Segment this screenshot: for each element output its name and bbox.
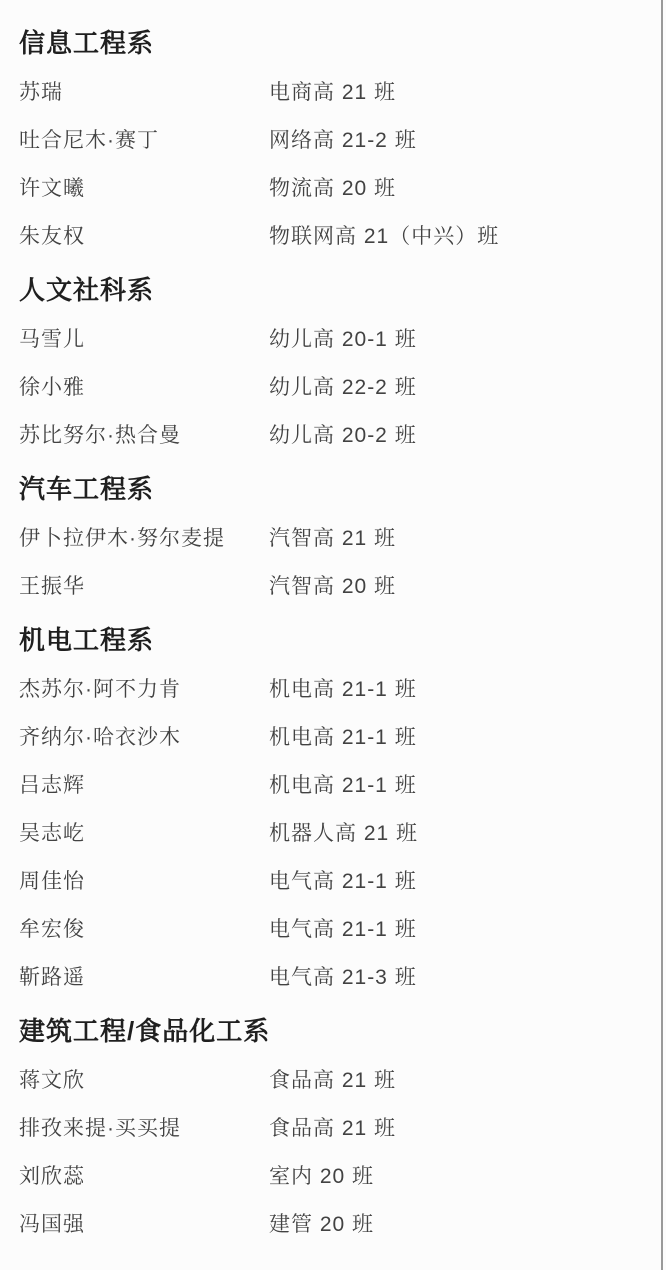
student-name: 马雪儿 bbox=[19, 329, 269, 350]
class-name: 幼儿高 20-2 班 bbox=[269, 425, 643, 446]
class-name: 电气高 21-3 班 bbox=[269, 967, 643, 988]
roster-row: 王振华 汽智高 20 班 bbox=[19, 576, 643, 597]
class-name: 机电高 21-1 班 bbox=[269, 775, 643, 796]
class-name: 机电高 21-1 班 bbox=[269, 679, 643, 700]
student-name: 蒋文欣 bbox=[19, 1070, 269, 1091]
roster-row: 牟宏俊 电气高 21-1 班 bbox=[19, 919, 643, 940]
roster-row: 刘欣蕊 室内 20 班 bbox=[19, 1166, 643, 1187]
student-name: 牟宏俊 bbox=[19, 919, 269, 940]
roster-row: 吕志辉 机电高 21-1 班 bbox=[19, 775, 643, 796]
roster-row: 朱友权 物联网高 21（中兴）班 bbox=[19, 226, 643, 247]
class-name: 物联网高 21（中兴）班 bbox=[269, 226, 643, 247]
student-name: 王振华 bbox=[19, 576, 269, 597]
student-name: 许文曦 bbox=[19, 178, 269, 199]
roster-row: 蒋文欣 食品高 21 班 bbox=[19, 1070, 643, 1091]
student-name: 朱友权 bbox=[19, 226, 269, 247]
roster-row: 苏瑞 电商高 21 班 bbox=[19, 82, 643, 103]
roster-row: 排孜来提·买买提 食品高 21 班 bbox=[19, 1118, 643, 1139]
roster-row: 伊卜拉伊木·努尔麦提 汽智高 21 班 bbox=[19, 528, 643, 549]
student-name: 刘欣蕊 bbox=[19, 1166, 269, 1187]
student-name: 苏比努尔·热合曼 bbox=[19, 425, 269, 446]
student-name: 伊卜拉伊木·努尔麦提 bbox=[19, 528, 269, 549]
roster-row: 许文曦 物流高 20 班 bbox=[19, 178, 643, 199]
roster-row: 马雪儿 幼儿高 20-1 班 bbox=[19, 329, 643, 350]
student-name: 周佳怡 bbox=[19, 871, 269, 892]
class-name: 电商高 21 班 bbox=[269, 82, 643, 103]
class-name: 室内 20 班 bbox=[269, 1166, 643, 1187]
roster-row: 吐合尼木·赛丁 网络高 21-2 班 bbox=[19, 130, 643, 151]
department-header-1: 人文社科系 bbox=[19, 277, 643, 303]
class-name: 物流高 20 班 bbox=[269, 178, 643, 199]
sections-container: 信息工程系 苏瑞 电商高 21 班 吐合尼木·赛丁 网络高 21-2 班 许文曦… bbox=[19, 30, 643, 1235]
roster-row: 靳路遥 电气高 21-3 班 bbox=[19, 967, 643, 988]
class-name: 电气高 21-1 班 bbox=[269, 919, 643, 940]
roster-row: 苏比努尔·热合曼 幼儿高 20-2 班 bbox=[19, 425, 643, 446]
class-name: 幼儿高 22-2 班 bbox=[269, 377, 643, 398]
roster-row: 冯国强 建管 20 班 bbox=[19, 1214, 643, 1235]
student-name: 齐纳尔·哈衣沙木 bbox=[19, 727, 269, 748]
class-name: 汽智高 21 班 bbox=[269, 528, 643, 549]
class-name: 汽智高 20 班 bbox=[269, 576, 643, 597]
student-name: 排孜来提·买买提 bbox=[19, 1118, 269, 1139]
roster-row: 齐纳尔·哈衣沙木 机电高 21-1 班 bbox=[19, 727, 643, 748]
roster-page: 信息工程系 苏瑞 电商高 21 班 吐合尼木·赛丁 网络高 21-2 班 许文曦… bbox=[0, 0, 643, 1270]
student-name: 苏瑞 bbox=[19, 82, 269, 103]
department-header-0: 信息工程系 bbox=[19, 30, 643, 56]
class-name: 食品高 21 班 bbox=[269, 1118, 643, 1139]
department-header-3: 机电工程系 bbox=[19, 627, 643, 653]
class-name: 食品高 21 班 bbox=[269, 1070, 643, 1091]
roster-row: 杰苏尔·阿不力肯 机电高 21-1 班 bbox=[19, 679, 643, 700]
roster-row: 周佳怡 电气高 21-1 班 bbox=[19, 871, 643, 892]
roster-row: 吴志屹 机器人高 21 班 bbox=[19, 823, 643, 844]
roster-row: 徐小雅 幼儿高 22-2 班 bbox=[19, 377, 643, 398]
student-name: 吐合尼木·赛丁 bbox=[19, 130, 269, 151]
page-right-border bbox=[661, 0, 663, 1270]
student-name: 徐小雅 bbox=[19, 377, 269, 398]
class-name: 网络高 21-2 班 bbox=[269, 130, 643, 151]
class-name: 机器人高 21 班 bbox=[269, 823, 643, 844]
department-header-2: 汽车工程系 bbox=[19, 476, 643, 502]
class-name: 幼儿高 20-1 班 bbox=[269, 329, 643, 350]
student-name: 靳路遥 bbox=[19, 967, 269, 988]
class-name: 机电高 21-1 班 bbox=[269, 727, 643, 748]
class-name: 电气高 21-1 班 bbox=[269, 871, 643, 892]
student-name: 吕志辉 bbox=[19, 775, 269, 796]
department-header-4: 建筑工程/食品化工系 bbox=[19, 1018, 643, 1044]
student-name: 冯国强 bbox=[19, 1214, 269, 1235]
class-name: 建管 20 班 bbox=[269, 1214, 643, 1235]
student-name: 杰苏尔·阿不力肯 bbox=[19, 679, 269, 700]
student-name: 吴志屹 bbox=[19, 823, 269, 844]
